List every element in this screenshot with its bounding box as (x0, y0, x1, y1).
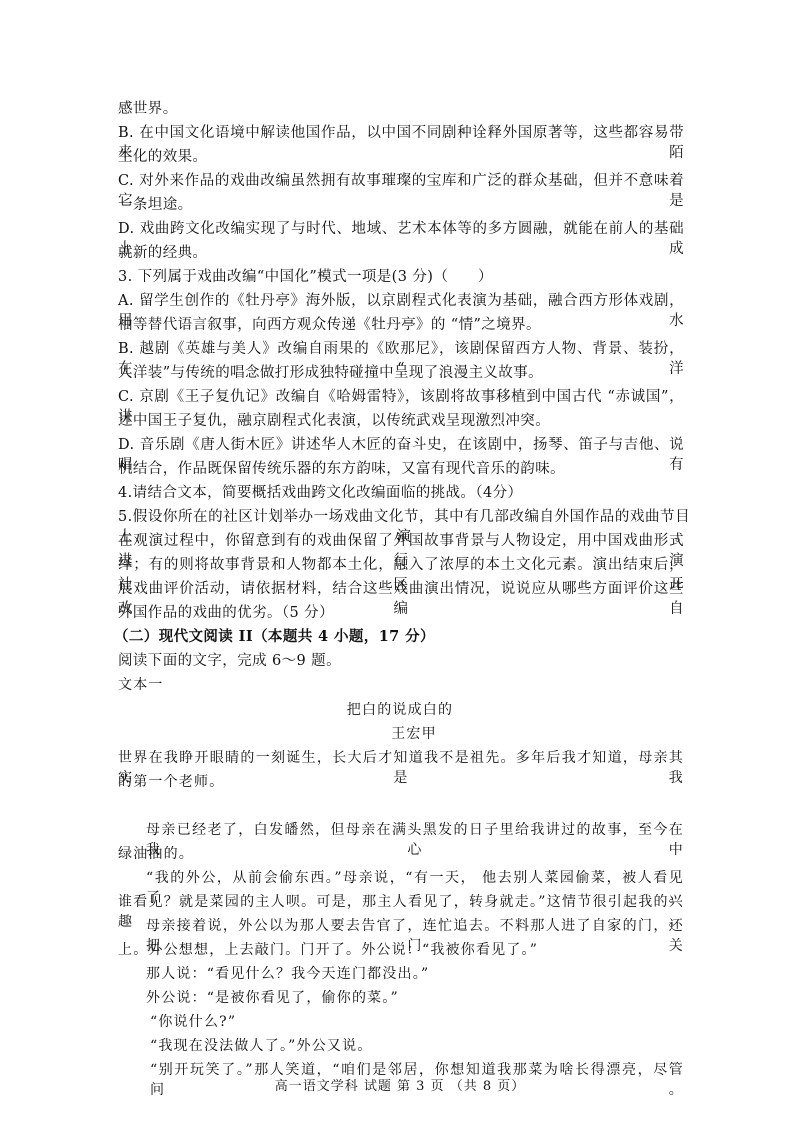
q4-question: 4.请结合文本，简要概括戏曲跨文化改编面临的挑战。（4分） (118, 483, 684, 503)
article-title: 把白的说成白的 (0, 700, 800, 720)
exam-page: 感世界。 B. 在中国文化语境中解读他国作品，以中国不同剧种诠释外国原著等，这些… (0, 0, 800, 1131)
q3-option-a-line2: 袖等替代语言叙事，向西方观众传递《牡丹亭》的 “情”之境界。 (118, 315, 684, 335)
q5-line5: 外国作品的戏曲的优劣。（5 分） (118, 603, 684, 623)
paragraph-5: 那人说：“看见什么？我今天连门都没出。” (146, 964, 684, 984)
q2-previous-option-tail: 感世界。 (118, 99, 684, 119)
reading-instruction: 阅读下面的文字，完成 6～9 题。 (118, 651, 684, 671)
paragraph-8: “我现在没法做人了。”外公又说。 (150, 1036, 716, 1056)
q3-option-b-line2: 人洋装”与传统的唱念做打形成独特碰撞中呈现了浪漫主义故事。 (118, 363, 684, 383)
q2-option-d-line2: 就新的经典。 (118, 243, 684, 263)
paragraph-6: 外公说：“是被你看见了，偷你的菜。” (146, 988, 684, 1008)
page-footer: 高一语文学科 试题 第 3 页 （共 8 页） (0, 1078, 800, 1096)
paragraph-4-line2: 上。外公想想，上去敲门。门开了。外公说：“我被你看见了。” (118, 940, 684, 960)
section-heading: （二）现代文阅读 II（本题共 4 小题，17 分） (114, 627, 680, 647)
q2-option-c-line2: 一条坦途。 (118, 195, 684, 215)
q3-option-c-line2: 述中国王子复仇，融京剧程式化表演，以传统武戏呈现激烈冲突。 (118, 411, 684, 431)
q2-option-b-line2: 生化的效果。 (118, 147, 684, 167)
paragraph-2-line2: 绿油油的。 (118, 844, 684, 864)
paragraph-7: “你说什么?” (150, 1012, 716, 1032)
article-author: 王宏甲 (0, 724, 800, 744)
paragraph-1-line2: 的第一个老师。 (118, 772, 684, 792)
q3-stem: 3. 下列属于戏曲改编“中国化”模式一项是(3 分)（ ） (118, 267, 684, 287)
q3-option-d-line2: 机结合，作品既保留传统乐器的东方韵味，又富有现代音乐的韵味。 (118, 459, 684, 479)
text-label: 文本一 (118, 675, 684, 695)
